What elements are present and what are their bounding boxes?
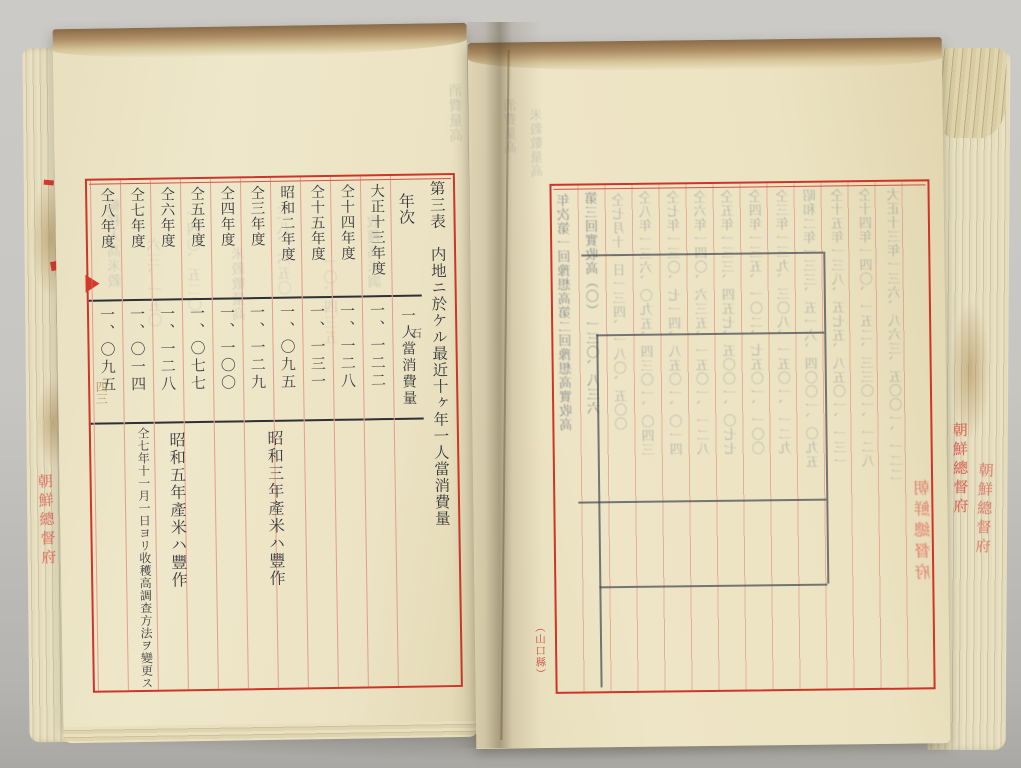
year-label: 昭和二年度: [277, 185, 296, 297]
value: 一、一〇〇: [217, 304, 240, 420]
value: 一、一二八: [157, 305, 180, 421]
page-top-aged-edge: [468, 37, 942, 73]
year-label: 仝四年度: [217, 185, 236, 297]
table-title: 第三表 内地ニ於ケル最近十ヶ年一人當消費量: [427, 175, 453, 680]
value: 一、一二八: [337, 303, 360, 419]
edge-stain: [950, 300, 991, 440]
row-header-value: 一人當消費量: [397, 302, 420, 418]
year-label: 仝五年度: [187, 186, 206, 298]
year-label: 大正十三年度: [367, 183, 386, 295]
value: 一、〇九五: [97, 306, 120, 422]
unit-label: 石: [407, 328, 423, 339]
year-label: 仝六年度: [157, 186, 176, 298]
right-page: 年次第一回豫想高第二回豫想高實收高 第三回實收高（〇）一三〇、八三六 仝七月十一…: [468, 37, 951, 749]
bleed-text: 米穀數量高: [531, 108, 548, 204]
year-label: 仝八年度: [97, 187, 116, 299]
pencil-annotation: 四三: [93, 380, 110, 404]
value: 一、一二二: [367, 302, 390, 418]
footnote: 昭和五年產米ハ豐作: [165, 431, 191, 611]
value: 一、〇九五: [277, 303, 300, 419]
footnote: 昭和三年產米ハ豐作: [263, 430, 289, 610]
form-imprint: （山口縣）: [533, 622, 549, 682]
row-header-year: 年次: [394, 183, 419, 295]
year-label: 仝七年度: [127, 187, 146, 299]
left-page: 輸移入高米穀 六三、一五〇 一四〇、五二〇 米穀數量高 三八、六五〇 一〇、四三…: [53, 23, 478, 729]
edge-corner: [940, 48, 1007, 138]
page-top-aged-edge: [53, 23, 467, 59]
value: 一、一三一: [307, 303, 330, 419]
value: 一、〇一四: [127, 306, 150, 422]
value: 一、〇七七: [187, 305, 210, 421]
edge-red-mark: [44, 180, 54, 186]
left-table-frame: 第三表 内地ニ於ケル最近十ヶ年一人當消費量 年次 一人當消費量 大正十三年度 一…: [85, 173, 463, 693]
year-label: 仝十四年度: [337, 184, 356, 296]
value: 一、一二九: [247, 304, 270, 420]
table-title-column: 第三表 内地ニ於ケル最近十ヶ年一人當消費量: [420, 175, 461, 685]
offset-stamp: 朝鮮總督府: [911, 479, 937, 709]
year-label: 仝十五年度: [307, 184, 326, 296]
year-label: 仝三年度: [247, 185, 266, 297]
